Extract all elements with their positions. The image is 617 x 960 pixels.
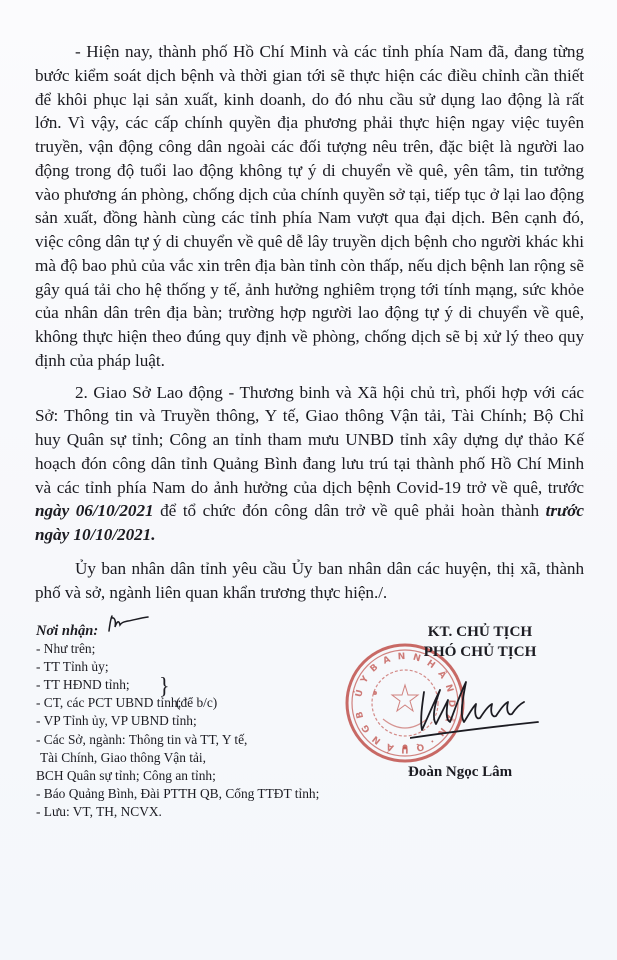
signer-title-line1: KT. CHỦ TỊCH: [390, 622, 570, 642]
recipient-line: - VP Tỉnh ủy, VP UBND tỉnh;: [36, 712, 356, 730]
recipients-heading: Nơi nhận:: [36, 622, 356, 640]
signer-title-line2: PHÓ CHỦ TỊCH: [390, 642, 570, 662]
paragraph-text: Ủy ban nhân dân tỉnh yêu cầu Ủy ban nhân…: [35, 559, 584, 602]
signer-name: Đoàn Ngọc Lâm: [408, 764, 512, 781]
paragraph-request: Ủy ban nhân dân tỉnh yêu cầu Ủy ban nhân…: [35, 557, 584, 605]
paragraph-item-2: 2. Giao Sở Lao động - Thương binh và Xã …: [35, 381, 584, 547]
recipients-list: Nơi nhận: - Như trên; - TT Tỉnh ủy; - TT…: [36, 622, 356, 821]
emphasized-date-text: ngày 06/10/2021: [35, 501, 154, 520]
recipient-line: BCH Quân sự tỉnh; Công an tỉnh;: [36, 767, 356, 785]
recipient-line: - TT Tỉnh ủy;: [36, 658, 356, 676]
recipient-line: - Các Sở, ngành: Thông tin và TT, Y tế,: [36, 731, 356, 749]
document-page: - Hiện nay, thành phố Hồ Chí Minh và các…: [0, 0, 617, 960]
document-body: - Hiện nay, thành phố Hồ Chí Minh và các…: [35, 40, 584, 604]
grouping-brace-icon: }: [159, 674, 170, 697]
paragraph-text: - Hiện nay, thành phố Hồ Chí Minh và các…: [35, 42, 584, 370]
paragraph-labor-guidance: - Hiện nay, thành phố Hồ Chí Minh và các…: [35, 40, 584, 373]
signature-title-block: KT. CHỦ TỊCH PHÓ CHỦ TỊCH: [390, 622, 570, 662]
recipient-line: - Như trên;: [36, 640, 356, 658]
recipient-line: - Báo Quảng Bình, Đài PTTH QB, Cổng TTĐT…: [36, 785, 356, 803]
paragraph-text: 2. Giao Sở Lao động - Thương binh và Xã …: [35, 383, 584, 497]
grouped-note: (để b/c): [176, 694, 217, 712]
recipient-line: - TT HĐND tỉnh;: [36, 676, 356, 694]
handwritten-signature-icon: [410, 672, 540, 742]
paragraph-text: để tổ chức đón công dân trở về quê phải …: [154, 501, 546, 520]
recipient-line: - Lưu: VT, TH, NCVX.: [36, 803, 356, 821]
recipient-line: Tài Chính, Giao thông Vận tải,: [36, 749, 356, 767]
